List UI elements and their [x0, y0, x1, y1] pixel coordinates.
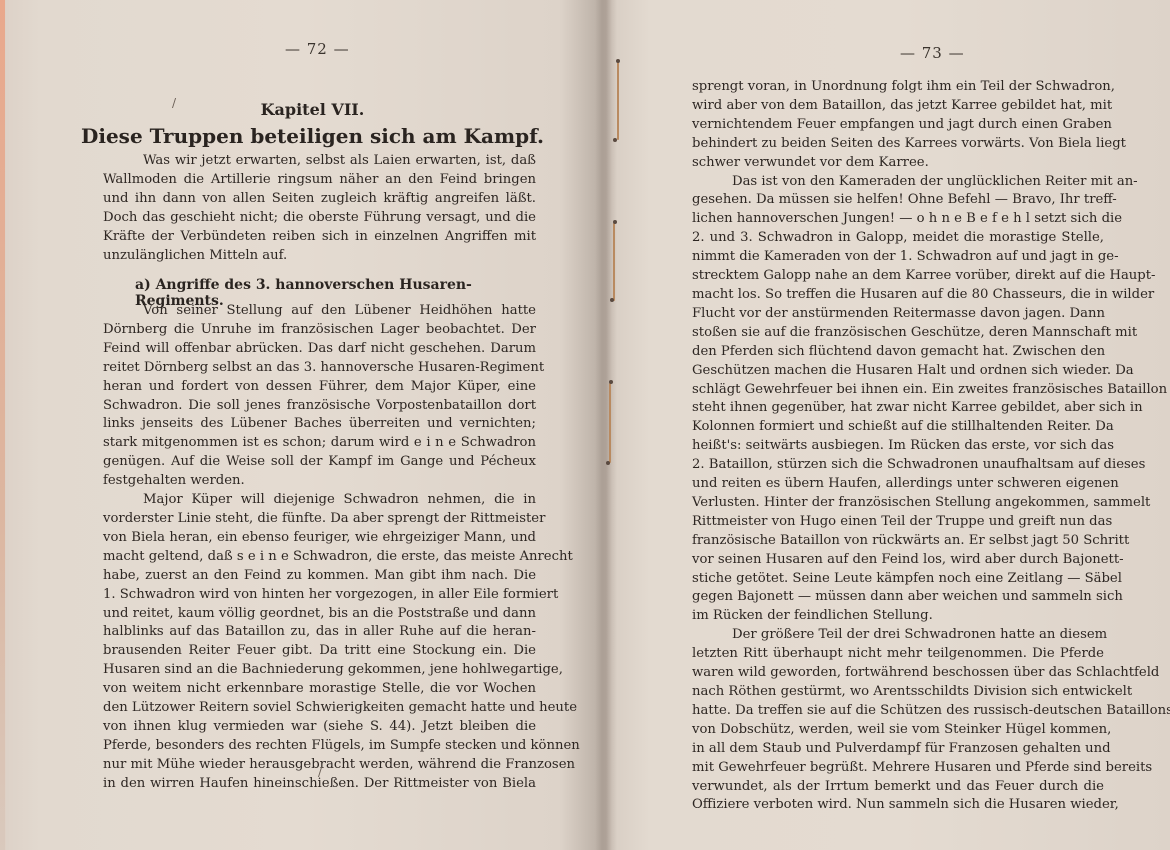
- text-line: Schwadron. Die soll jenes französische V…: [103, 397, 536, 416]
- text-line: Flucht vor der anstürmenden Reitermasse …: [692, 305, 1104, 324]
- right-page: — 73 — sprengt voran, in Unordnung folgt…: [605, 0, 1170, 850]
- text-line: von Biela heran, ein ebenso feuriger, wi…: [103, 529, 536, 548]
- text-line: 2. und 3. Schwadron in Galopp, meidet di…: [692, 229, 1104, 248]
- text-line: Rittmeister von Hugo einen Teil der Trup…: [692, 513, 1104, 532]
- text-line: gegen Bajonett — müssen dann aber weiche…: [692, 588, 1104, 607]
- text-line: halblinks auf das Bataillon zu, das in a…: [103, 623, 536, 642]
- text-line: und reiten es übern Haufen, allerdings u…: [692, 475, 1104, 494]
- text-line: Kräfte der Verbündeten reiben sich in ei…: [103, 228, 536, 247]
- text-line: reitet Dörnberg selbst an das 3. hannove…: [103, 359, 536, 378]
- text-line: vorderster Linie steht, die fünfte. Da a…: [103, 510, 536, 529]
- text-line: links jenseits des Lübener Baches überre…: [103, 415, 536, 434]
- pencil-mark: /: [318, 765, 322, 779]
- text-line: Feind will offenbar abrücken. Das darf n…: [103, 340, 536, 359]
- text-line: Was wir jetzt erwarten, selbst als Laien…: [103, 152, 536, 171]
- text-line: und reitet, kaum völlig geordnet, bis an…: [103, 605, 536, 624]
- chapter-title: Diese Truppen beteiligen sich am Kampf.: [0, 124, 605, 148]
- text-line: strecktem Galopp nahe an dem Karree vorü…: [692, 267, 1104, 286]
- text-line: gesehen. Da müssen sie helfen! Ohne Befe…: [692, 191, 1104, 210]
- text-line: von ihnen klug vermieden war (siehe S. 4…: [103, 718, 536, 737]
- text-line: 2. Bataillon, stürzen sich die Schwadron…: [692, 456, 1104, 475]
- page-number: — 72 —: [285, 40, 350, 58]
- text-line: heißt's: seitwärts ausbiegen. Im Rücken …: [692, 437, 1104, 456]
- text-line: Wallmoden die Artillerie ringsum näher a…: [103, 171, 536, 190]
- intro-paragraph: Was wir jetzt erwarten, selbst als Laien…: [103, 152, 536, 265]
- text-line: stark mitgenommen ist es schon; darum wi…: [103, 434, 536, 453]
- text-line: unzulänglichen Mitteln auf.: [103, 247, 536, 266]
- text-line: genügen. Auf die Weise soll der Kampf im…: [103, 453, 536, 472]
- text-line: waren wild geworden, fortwährend beschos…: [692, 664, 1104, 683]
- text-line: stoßen sie auf die französischen Geschüt…: [692, 324, 1104, 343]
- text-line: macht geltend, daß s e i n e Schwadron, …: [103, 548, 536, 567]
- text-line: Doch das geschieht nicht; die oberste Fü…: [103, 209, 536, 228]
- text-line: letzten Ritt überhaupt nicht mehr teilge…: [692, 645, 1104, 664]
- body-text: sprengt voran, in Unordnung folgt ihm ei…: [692, 78, 1104, 815]
- text-line: französische Bataillon von rückwärts an.…: [692, 532, 1104, 551]
- text-line: in all dem Staub und Pulverdampf für Fra…: [692, 740, 1104, 759]
- left-page: — 72 — / Kapitel VII. Diese Truppen bete…: [0, 0, 605, 850]
- text-line: Husaren sind an die Bachniederung gekomm…: [103, 661, 536, 680]
- text-line: festgehalten werden.: [103, 472, 536, 491]
- text-line: verwundet, als der Irrtum bemerkt und da…: [692, 778, 1104, 797]
- text-line: 1. Schwadron wird von hinten her vorgezo…: [103, 586, 536, 605]
- text-line: lichen hannoverschen Jungen! — o h n e B…: [692, 210, 1104, 229]
- text-line: vor seinen Husaren auf den Feind los, wi…: [692, 551, 1104, 570]
- text-line: nach Röthen gestürmt, wo Arentsschildts …: [692, 683, 1104, 702]
- text-line: im Rücken der feindlichen Stellung.: [692, 607, 1104, 626]
- text-line: Dörnberg die Unruhe im französischen Lag…: [103, 321, 536, 340]
- text-line: Offiziere verboten wird. Nun sammeln sic…: [692, 796, 1104, 815]
- text-line: steht ihnen gegenüber, hat zwar nicht Ka…: [692, 399, 1104, 418]
- text-line: heran und fordert von dessen Führer, dem…: [103, 378, 536, 397]
- text-line: Geschützen machen die Husaren Halt und o…: [692, 362, 1104, 381]
- text-line: schlägt Gewehrfeuer bei ihnen ein. Ein z…: [692, 381, 1104, 400]
- text-line: vernichtendem Feuer empfangen und jagt d…: [692, 116, 1104, 135]
- text-line: Das ist von den Kameraden der unglücklic…: [692, 173, 1104, 192]
- page-number: — 73 —: [900, 44, 965, 62]
- text-line: Der größere Teil der drei Schwadronen ha…: [692, 626, 1104, 645]
- text-line: und ihn dann von allen Seiten zugleich k…: [103, 190, 536, 209]
- text-line: Major Küper will diejenige Schwadron neh…: [103, 491, 536, 510]
- text-line: macht los. So treffen die Husaren auf di…: [692, 286, 1104, 305]
- text-line: Pferde, besonders des rechten Flügels, i…: [103, 737, 536, 756]
- text-line: sprengt voran, in Unordnung folgt ihm ei…: [692, 78, 1104, 97]
- text-line: Verlusten. Hinter der französischen Stel…: [692, 494, 1104, 513]
- chapter-label: Kapitel VII.: [0, 100, 605, 119]
- text-line: Kolonnen formiert und schießt auf die st…: [692, 418, 1104, 437]
- text-line: nimmt die Kameraden von der 1. Schwadron…: [692, 248, 1104, 267]
- text-line: brausenden Reiter Feuer gibt. Da tritt e…: [103, 642, 536, 661]
- text-line: wird aber von dem Bataillon, das jetzt K…: [692, 97, 1104, 116]
- text-line: stiche getötet. Seine Leute kämpfen noch…: [692, 570, 1104, 589]
- body-text: Von seiner Stellung auf den Lübener Heid…: [103, 302, 536, 794]
- text-line: habe, zuerst an den Feind zu kommen. Man…: [103, 567, 536, 586]
- text-line: schwer verwundet vor dem Karree.: [692, 154, 1104, 173]
- text-line: den Lützower Reitern soviel Schwierigkei…: [103, 699, 536, 718]
- text-line: den Pferden sich flüchtend davon gemacht…: [692, 343, 1104, 362]
- text-line: von Dobschütz, werden, weil sie vom Stei…: [692, 721, 1104, 740]
- text-line: behindert zu beiden Seiten des Karrees v…: [692, 135, 1104, 154]
- text-line: Von seiner Stellung auf den Lübener Heid…: [103, 302, 536, 321]
- text-line: mit Gewehrfeuer begrüßt. Mehrere Husaren…: [692, 759, 1104, 778]
- text-line: von weitem nicht erkennbare morastige St…: [103, 680, 536, 699]
- text-line: hatte. Da treffen sie auf die Schützen d…: [692, 702, 1104, 721]
- book-spread: — 72 — / Kapitel VII. Diese Truppen bete…: [0, 0, 1170, 850]
